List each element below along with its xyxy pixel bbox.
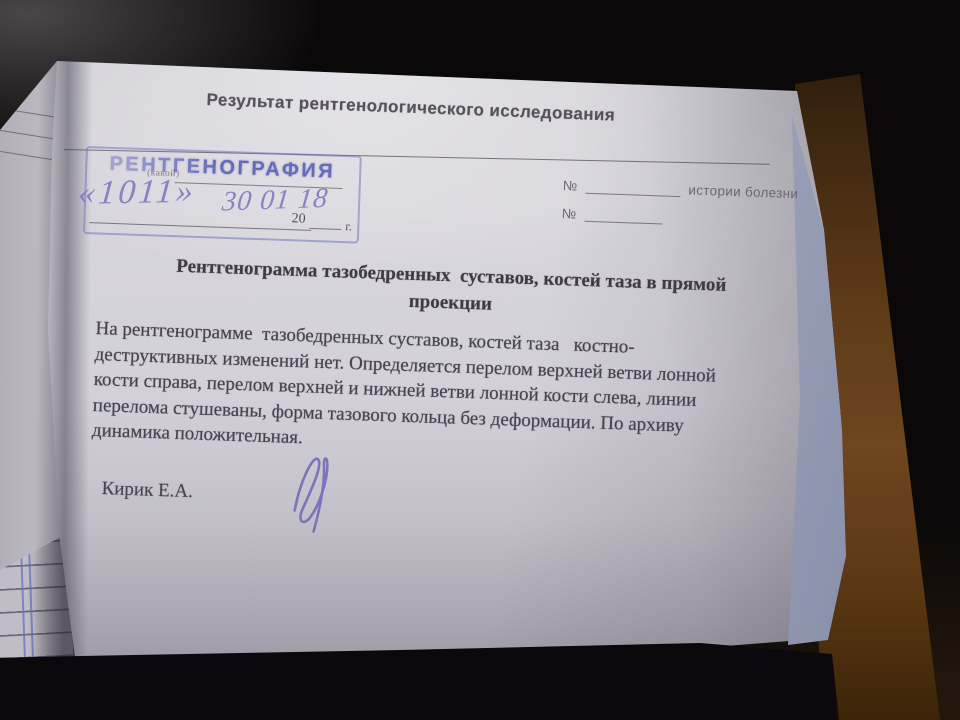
registry-numbers: № истории болезни № [561, 178, 803, 242]
doctor-name: Кирик Е.А. [101, 478, 193, 503]
handwritten-signature [283, 446, 360, 542]
history-number-blank [585, 179, 680, 197]
history-label: истории болезни [688, 182, 798, 201]
year-suffix: г. [345, 219, 352, 234]
handwritten-number: «1011» [77, 173, 198, 213]
handwritten-date: 30 01 18 [221, 183, 330, 219]
report-body: На рентгенограмме тазобедренных суставов… [92, 316, 718, 465]
spine-shadow [33, 56, 92, 664]
photo-of-medical-report: Результат рентгенологического исследован… [0, 0, 960, 720]
year-blank-line [309, 228, 341, 230]
year-prefix: 20 [291, 211, 306, 227]
date-blank-line [89, 222, 311, 231]
number-symbol: № [562, 178, 577, 194]
number-symbol: № [561, 206, 576, 222]
record-number-row: № [561, 206, 801, 229]
record-number-blank [584, 207, 662, 225]
rentgenografia-stamp: РЕНТГЕНОГРАФИЯ (какой) «1011» 30 01 18 2… [83, 146, 362, 244]
